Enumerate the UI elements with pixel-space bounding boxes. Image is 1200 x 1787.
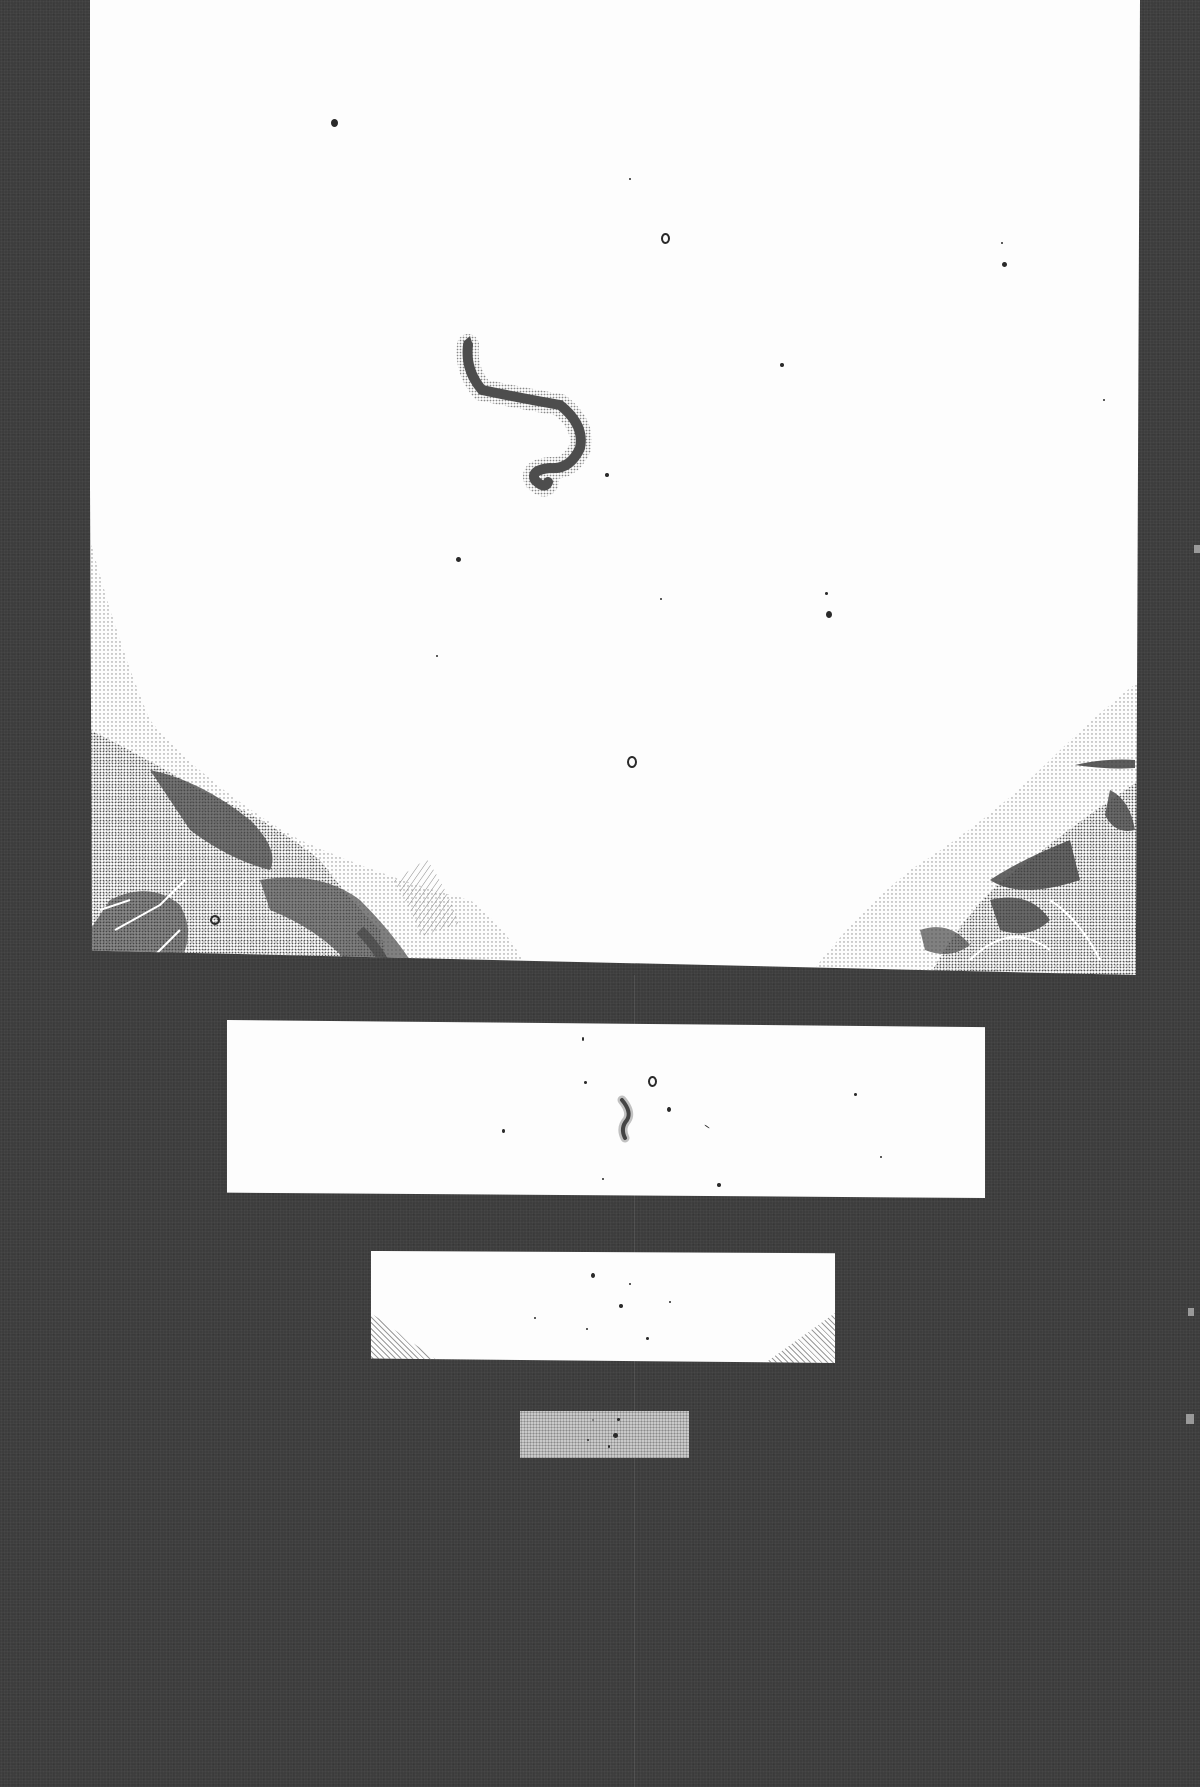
speck [608,1445,610,1448]
edge-mark [1188,1308,1194,1316]
speck [667,1107,671,1112]
speck [1103,399,1105,401]
speck [613,1433,618,1438]
sky-photo-panel [90,0,1140,975]
wide-blank-panel [227,1020,985,1198]
speck [669,1301,671,1303]
corner-shading [765,1313,835,1363]
speck [456,557,461,562]
speck [436,655,438,657]
speck [780,363,784,367]
speck [534,1317,536,1319]
cloud-scene [90,0,1140,975]
ring-speck [627,756,637,768]
speck [331,119,338,127]
speck [1001,242,1003,244]
speck [629,1283,631,1285]
speck [826,611,832,618]
speck [584,1081,587,1084]
ring-speck [661,233,670,244]
corner-shading [371,1313,441,1363]
small-grey-panel [520,1411,689,1458]
speck [591,1273,595,1278]
speck [587,1439,589,1441]
speck [619,1304,623,1308]
speck [880,1156,882,1158]
medium-blank-panel [371,1251,835,1363]
speck [617,1418,620,1421]
speck [605,473,609,477]
speck [502,1129,505,1133]
ring-speck [648,1076,657,1087]
speck [646,1337,649,1340]
speck [582,1037,584,1041]
speck [586,1328,588,1330]
speck [825,592,828,595]
speck [1002,262,1007,267]
speck [602,1178,604,1180]
speck [717,1183,721,1187]
edge-mark [1186,1414,1194,1424]
speck [592,1419,594,1421]
speck [854,1093,857,1096]
panel-squiggle [227,1020,985,1198]
speck [660,598,662,600]
edge-mark [1194,545,1200,553]
speck [629,178,631,180]
